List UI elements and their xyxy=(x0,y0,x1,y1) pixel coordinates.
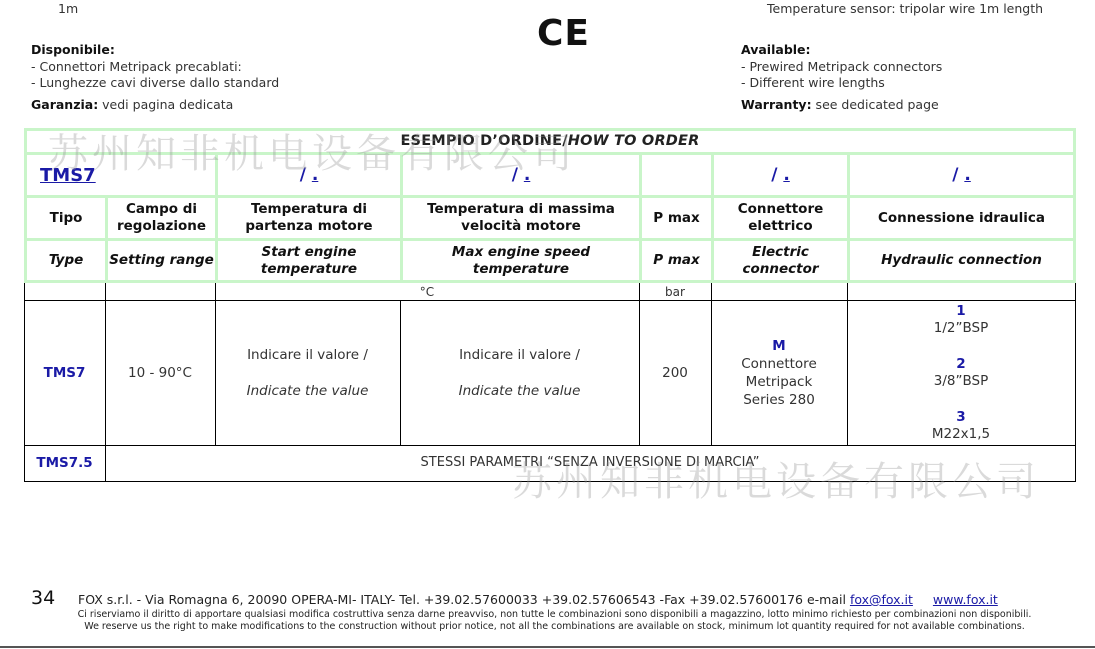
order-header-grid: ESEMPIO D’ORDINE/HOW TO ORDER TMS7 / . /… xyxy=(24,128,1076,283)
header-en-hydraulic: Hydraulic connection xyxy=(847,238,1076,283)
order-slot-pmax xyxy=(639,152,714,198)
company-address: FOX s.r.l. - Via Romagna 6, 20090 OPERA-… xyxy=(78,592,850,607)
hydraulic-code: 1 xyxy=(956,303,965,320)
slot-placeholder[interactable]: . xyxy=(524,165,530,185)
order-code-link[interactable]: TMS7 xyxy=(40,167,96,184)
bottom-divider xyxy=(0,646,1095,648)
start-temp-en: Indicate the value xyxy=(247,373,369,409)
header-en-connector: Electric connector xyxy=(711,238,850,283)
header-en-type: Type xyxy=(24,238,108,283)
hydraulic-code: 3 xyxy=(956,409,965,426)
row-tms7-start-temp: Indicare il valore / Indicate the value xyxy=(215,300,400,445)
slot-separator: / xyxy=(771,165,777,185)
available-en-item: - Prewired Metripack connectors xyxy=(741,59,942,76)
order-slot-hydraulic: / . xyxy=(847,152,1076,198)
available-it-item: - Lunghezze cavi diverse dallo standard xyxy=(31,75,279,92)
order-slot-max-temp: / . xyxy=(400,152,642,198)
row-tms75-note: STESSI PARAMETRI “SENZA INVERSIONE DI MA… xyxy=(105,445,1075,481)
specs-table: °C bar TMS7 10 - 90°C Indicare il valore… xyxy=(24,283,1076,482)
order-code-cell: TMS7 xyxy=(24,152,218,198)
slot-placeholder[interactable]: . xyxy=(783,165,789,185)
header-it-pmax: P max xyxy=(639,195,714,241)
warranty-it-label: Garanzia: xyxy=(31,97,98,112)
header-en-max-temp: Max engine speed temperature xyxy=(400,238,642,283)
max-temp-it: Indicare il valore / xyxy=(459,337,580,373)
header-it-start-temp: Temperatura di partenza motore xyxy=(215,195,403,241)
available-it-section: Disponibile: - Connettori Metripack prec… xyxy=(31,42,279,113)
row-tms7-max-temp: Indicare il valore / Indicate the value xyxy=(400,300,639,445)
row-tms7-pmax: 200 xyxy=(639,300,711,445)
email-link[interactable]: fox@fox.it xyxy=(850,592,913,607)
header-en-range: Setting range xyxy=(105,238,218,283)
available-it-item: - Connettori Metripack precablati: xyxy=(31,59,279,76)
max-temp-en: Indicate the value xyxy=(459,373,581,409)
page-number: 34 xyxy=(31,587,55,609)
header-en-start-temp: Start engine temperature xyxy=(215,238,403,283)
available-en-item: - Different wire lengths xyxy=(741,75,942,92)
connector-desc-line: Metripack xyxy=(746,373,813,391)
row-tms7-connector: M Connettore Metripack Series 280 xyxy=(711,300,847,445)
ce-mark-icon: CE xyxy=(537,13,590,54)
header-it-type: Tipo xyxy=(24,195,108,241)
hydraulic-desc: 1/2”BSP xyxy=(934,320,988,337)
slot-separator: / xyxy=(952,165,958,185)
available-en-section: Available: - Prewired Metripack connecto… xyxy=(741,42,942,113)
row-tms7-hydraulic: 1 1/2”BSP 2 3/8”BSP 3 M22x1,5 xyxy=(847,300,1075,445)
unit-temperature: °C xyxy=(215,283,639,300)
warranty-en-label: Warranty: xyxy=(741,97,812,112)
warranty-en: Warranty: see dedicated page xyxy=(741,97,942,114)
en-sensor-description: Temperature sensor: tripolar wire 1m len… xyxy=(767,1,1043,18)
slot-placeholder[interactable]: . xyxy=(312,165,318,185)
warranty-it-text: vedi pagina dedicata xyxy=(98,97,233,112)
hydraulic-desc: M22x1,5 xyxy=(932,426,990,443)
order-title-it: ESEMPIO D’ORDINE/ xyxy=(400,133,567,150)
warranty-en-text: see dedicated page xyxy=(812,97,939,112)
available-en-title: Available: xyxy=(741,42,942,59)
available-it-title: Disponibile: xyxy=(31,42,279,59)
header-it-range: Campo di regolazione xyxy=(105,195,218,241)
order-slot-connector: / . xyxy=(711,152,850,198)
website-link[interactable]: www.fox.it xyxy=(933,592,998,607)
row-tms75-type: TMS7.5 xyxy=(24,445,105,481)
disclaimer-en: We reserve us the right to make modifica… xyxy=(7,621,1095,632)
order-title: ESEMPIO D’ORDINE/HOW TO ORDER xyxy=(24,128,1076,155)
order-slot-start-temp: / . xyxy=(215,152,403,198)
header-it-hydraulic: Connessione idraulica xyxy=(847,195,1076,241)
it-sensor-fragment: 1m xyxy=(58,1,78,18)
header-it-connector: Connettore elettrico xyxy=(711,195,850,241)
unit-pressure: bar xyxy=(639,283,711,300)
disclaimer-it: Ci riserviamo il diritto di apportare qu… xyxy=(7,609,1095,620)
start-temp-it: Indicare il valore / xyxy=(247,337,368,373)
connector-desc-line: Connettore xyxy=(741,355,817,373)
slot-placeholder[interactable]: . xyxy=(964,165,970,185)
warranty-it: Garanzia: vedi pagina dedicata xyxy=(31,97,279,114)
footer-contact: FOX s.r.l. - Via Romagna 6, 20090 OPERA-… xyxy=(78,592,998,607)
row-tms7-type: TMS7 xyxy=(24,300,105,445)
header-en-pmax: P max xyxy=(639,238,714,283)
hydraulic-code: 2 xyxy=(956,356,965,373)
order-title-en: HOW TO ORDER xyxy=(568,133,700,150)
slot-separator: / xyxy=(512,165,518,185)
connector-desc-line: Series 280 xyxy=(743,391,815,409)
hydraulic-desc: 3/8”BSP xyxy=(934,373,988,390)
row-tms7-range: 10 - 90°C xyxy=(105,300,215,445)
slot-separator: / xyxy=(300,165,306,185)
connector-code: M xyxy=(772,337,785,355)
header-it-max-temp: Temperatura di massima velocità motore xyxy=(400,195,642,241)
